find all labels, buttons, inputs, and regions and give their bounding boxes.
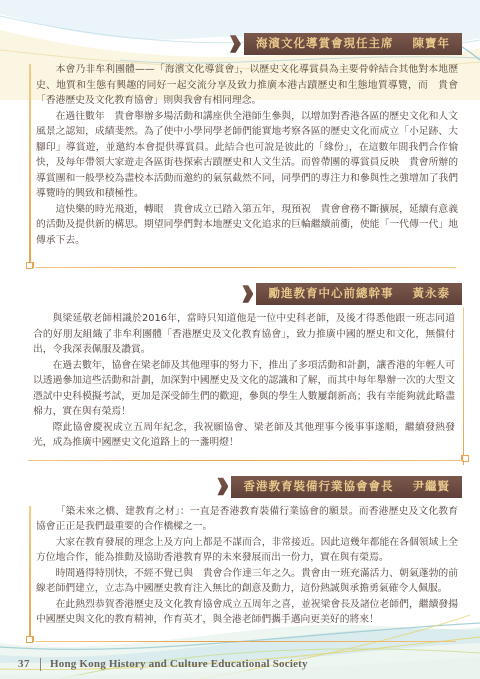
paragraph: 與梁延敬老師相識於2016年，當時只知道他是一位中史科老師，及後才得悉他跟一班志… [33,311,455,358]
author-role: 海濱文化導賞會現任主席 [256,36,394,50]
author-role: 勵進教育中心前總幹事 [268,286,393,300]
page-number: 37 [18,658,30,670]
society-name: Hong Kong History and Culture Educationa… [50,658,308,670]
author-name: 尹繼賢 [413,479,451,493]
divider-line [28,460,464,461]
corner-ornament-jog [33,262,34,268]
paragraph: 大家在教育發展的理念上及方向上都是不謀而合，非常接近。因此這幾年都能在各個領域上… [36,535,458,566]
badge-arrow-icon [217,477,228,497]
divider-line [36,641,456,642]
paragraph: 在過去數年，協會在梁老師及其他理事的努力下，推出了多項活動和計劃，讓香港的年輕人… [33,358,455,420]
paragraph: 時間過得特別快，不經不覺已與 貴會合作達三年之久。貴會由一班充滿活力、朝氣蓬勃的… [36,566,458,597]
paragraph: 「築未來之橋、建教育之材」：一直是香港教育裝備行業協會的願景。而香港歷史及文化教… [36,504,458,535]
corner-ornament [26,262,33,269]
author-name: 黃永泰 [413,286,451,300]
section3-divider [0,636,480,644]
corner-ornament [26,636,33,643]
divider-line [36,267,456,268]
section1-divider [0,262,480,270]
paragraph: 本會乃非牟利團體——「海濱文化導賞會」，以歷史文化導賞員為主要骨幹結合其他對本地… [36,62,458,109]
badge-label: 香港教育裝備行業協會會長 尹繼賢 [231,476,462,498]
badge-arrow-icon [242,284,253,304]
paragraph: 在過往數年 貴會舉辦多場活動和講座供全港師生參與，以增加對香港各區的歷史文化和人… [36,109,458,202]
footer-divider [40,658,41,671]
section3-body: 「築未來之橋、建教育之材」：一直是香港教育裝備行業協會的願景。而香港歷史及文化教… [36,504,458,628]
badge-arrow-icon [230,34,241,54]
badge-label: 勵進教育中心前總幹事 黃永泰 [256,283,462,305]
paragraph: 際此協會慶祝成立五周年紀念，我祝願協會、梁老師及其他理事今後事事遂順，繼續發熱發… [33,420,455,451]
section3-author-badge: 香港教育裝備行業協會會長 尹繼賢 [0,476,462,498]
author-name: 陳寶年 [413,36,451,50]
paragraph: 在此熱烈恭賀香港歷史及文化教育協會成立五周年之喜，並祝梁會長及諸位老師們，繼續發… [36,597,458,628]
section2-divider [0,455,480,463]
section2-author-badge: 勵進教育中心前總幹事 黃永泰 [0,283,462,305]
author-role: 香港教育裝備行業協會會長 [243,479,393,493]
badge-label: 海濱文化導賞會現任主席 陳寶年 [244,33,462,55]
section1-body: 本會乃非牟利團體——「海濱文化導賞會」，以歷史文化導賞員為主要骨幹結合其他對本地… [36,62,458,248]
document-page: 海濱文化導賞會現任主席 陳寶年 本會乃非牟利團體——「海濱文化導賞會」，以歷史文… [0,0,480,679]
section2-body: 與梁延敬老師相識於2016年，當時只知道他是一位中史科老師，及後才得悉他跟一班志… [33,311,455,451]
paragraph: 這快樂的時光飛逝，轉眼 貴會成立已踏入第五年，現預祝 貴會會務不斷擴展，延續有意… [36,202,458,249]
section1-author-badge: 海濱文化導賞會現任主席 陳寶年 [0,0,462,55]
corner-ornament-jog [33,636,34,642]
page-footer: 37 Hong Kong History and Culture Educati… [18,658,480,671]
